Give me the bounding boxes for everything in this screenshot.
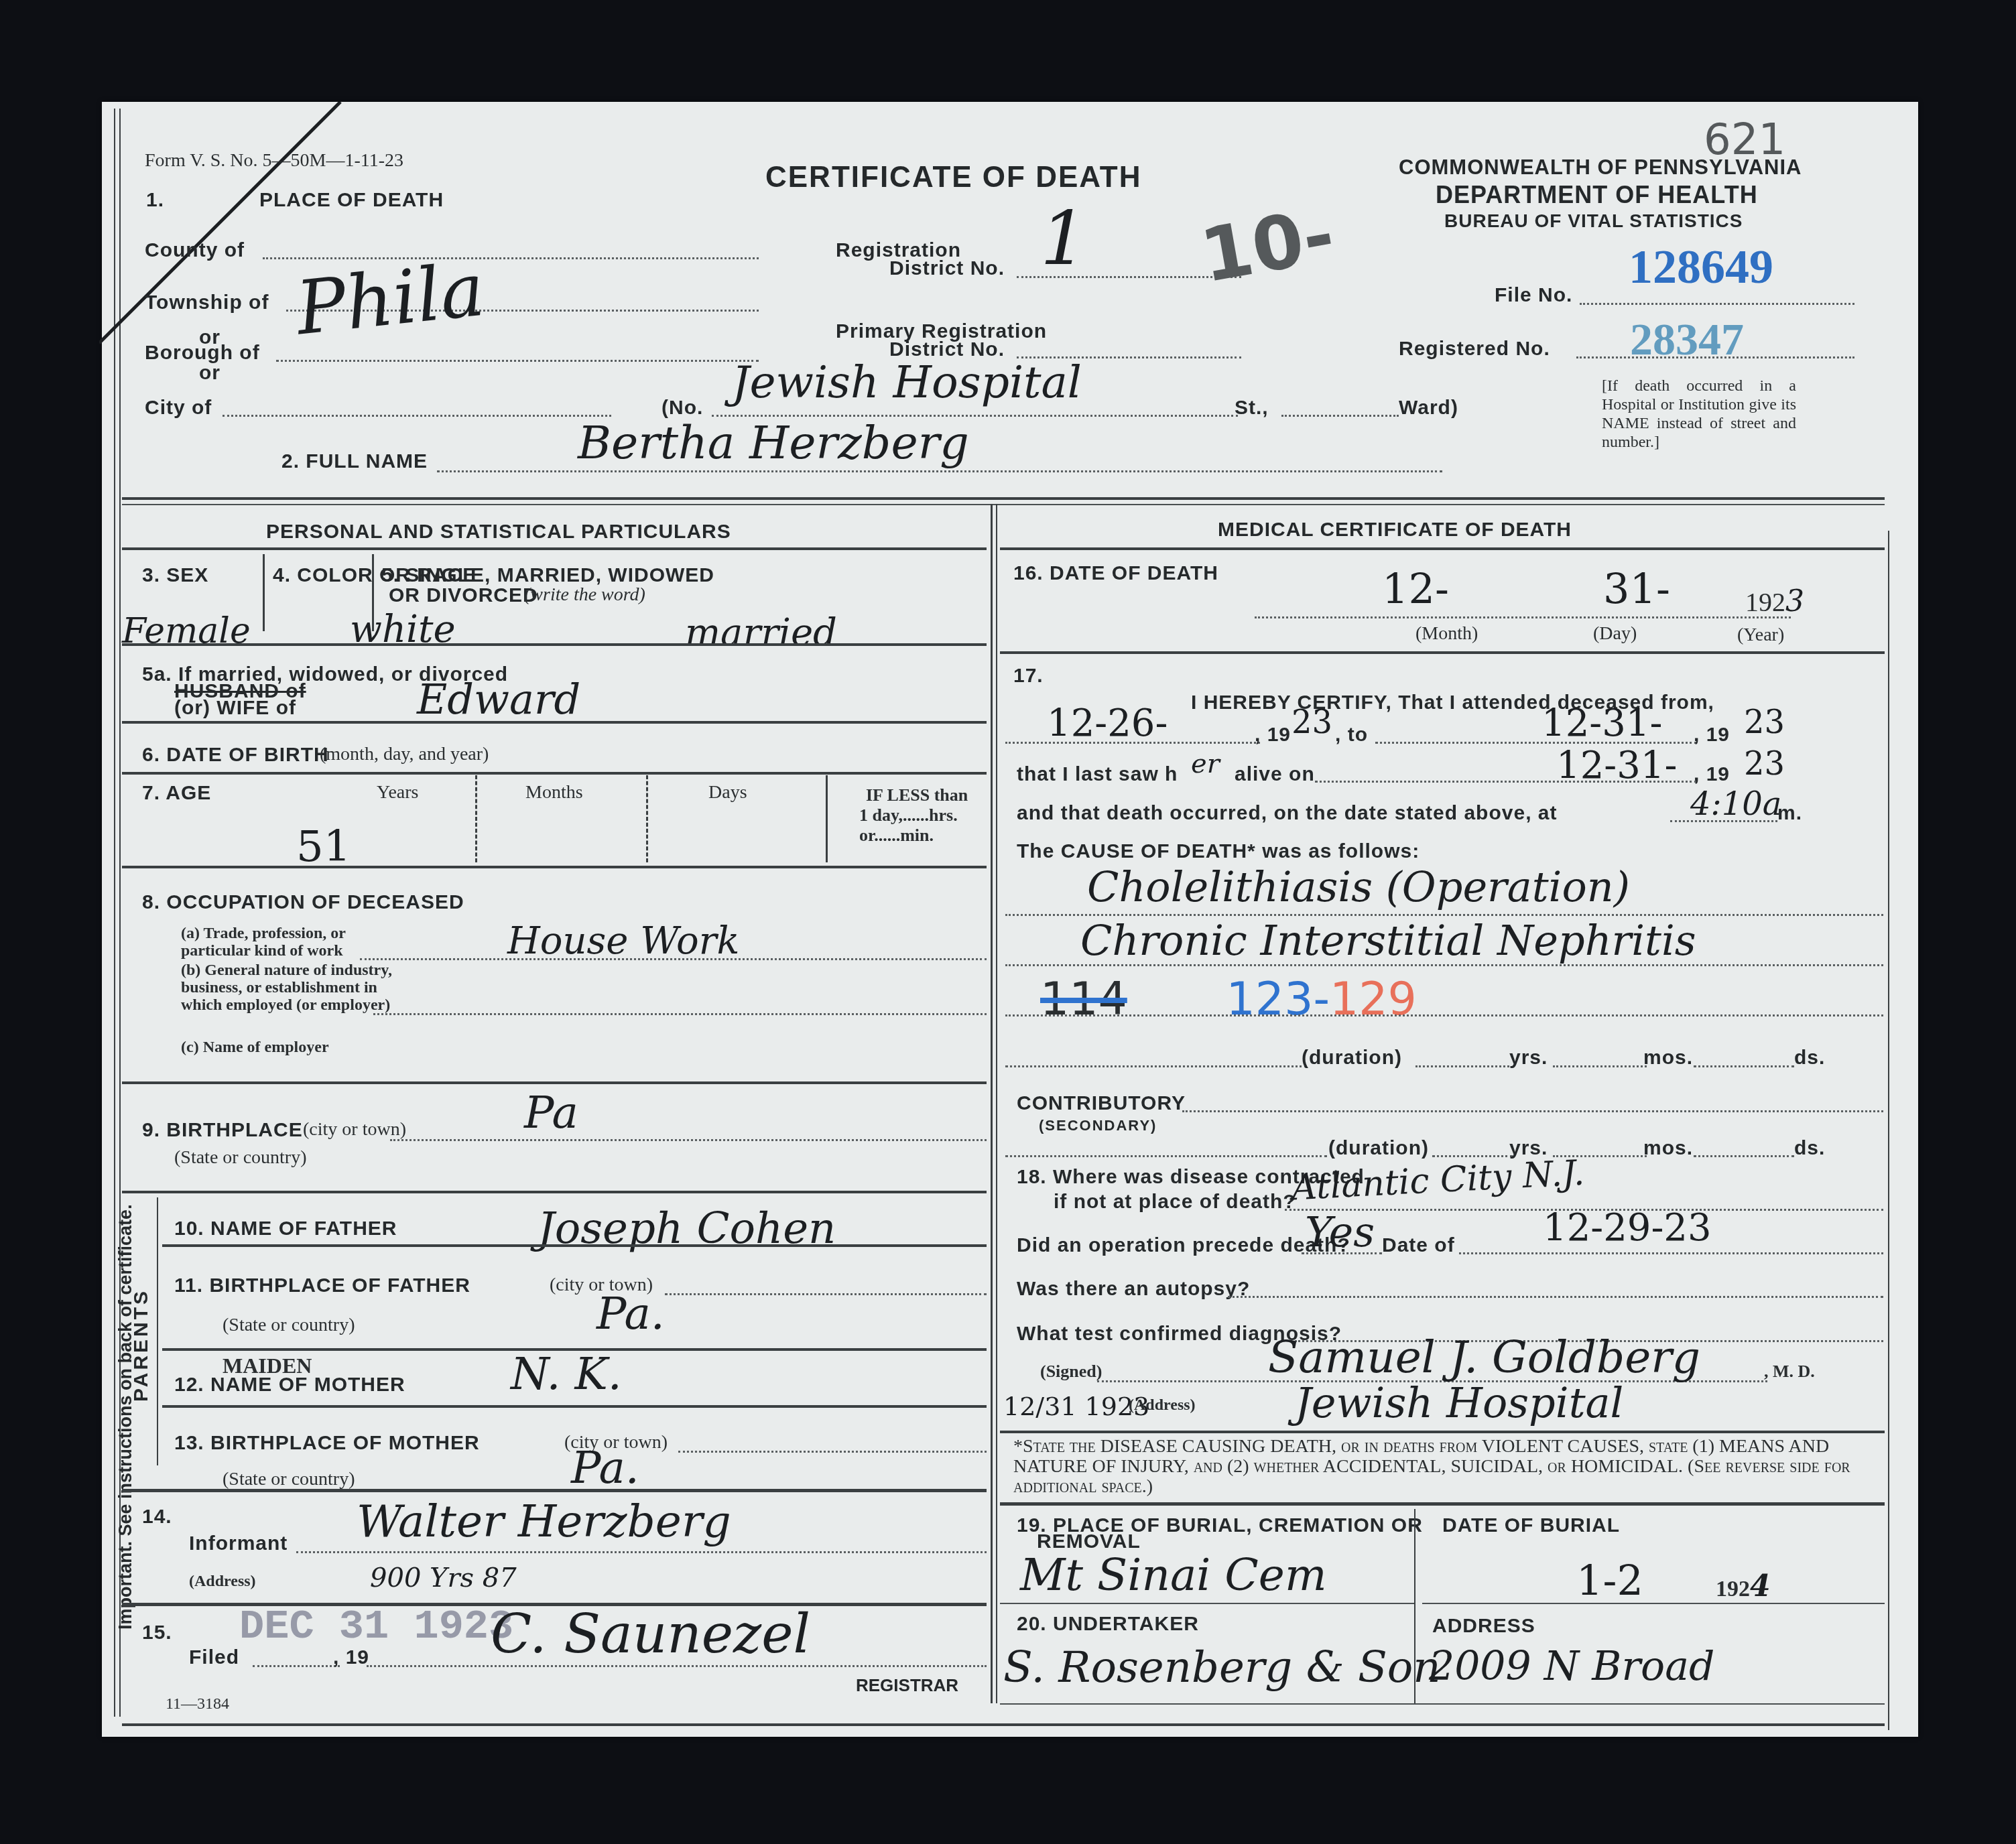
cell-divider	[826, 775, 828, 862]
code-red: 129	[1330, 973, 1417, 1026]
cause-line-2: Chronic Interstitial Nephritis	[1080, 916, 1696, 965]
operation-value: Yes	[1305, 1207, 1375, 1256]
informant-address-label: (Address)	[189, 1573, 256, 1591]
informant-field[interactable]	[296, 1551, 987, 1553]
duration-label: (duration)	[1328, 1137, 1429, 1160]
occupation-a-label-line: particular kind of work	[181, 942, 343, 960]
mother-birthplace-label: 13. BIRTHPLACE OF MOTHER	[174, 1432, 480, 1455]
cause-line-3-field[interactable]	[1005, 1014, 1883, 1016]
burial-place-value: Mt Sinai Cem	[1020, 1549, 1327, 1601]
filed-date-stamp: DEC 31 1923	[239, 1603, 513, 1650]
row-divider	[162, 1244, 987, 1247]
full-name-field[interactable]	[437, 470, 1442, 472]
undertaker-address-label: ADDRESS	[1432, 1615, 1535, 1638]
mother-birthplace-value: Pa.	[571, 1442, 639, 1494]
section-divider	[122, 504, 1885, 505]
marital-label: 5. SINGLE, MARRIED, WIDOWED	[381, 564, 714, 587]
pencil-annotation-top: 621	[1704, 115, 1785, 165]
item-17: 17.	[1013, 665, 1044, 687]
last-saw-pronoun: er	[1191, 748, 1220, 779]
column-divider	[996, 504, 997, 1703]
registration-district-value: 1	[1040, 196, 1087, 281]
occupation-b-field[interactable]	[373, 1013, 987, 1015]
or-label: or	[199, 362, 220, 385]
duration-years-field[interactable]	[1415, 1065, 1509, 1067]
marital-label: OR DIVORCED	[389, 584, 538, 607]
burial-date-label: DATE OF BURIAL	[1442, 1514, 1620, 1537]
year-suffix: 4	[1750, 1569, 1771, 1603]
city-field[interactable]	[223, 415, 611, 417]
print-code: 11—3184	[166, 1695, 229, 1713]
bottom-border	[122, 1723, 1885, 1726]
filed-number: 15.	[142, 1622, 172, 1644]
occupation-b-label-line: (b) General nature of industry,	[181, 962, 392, 979]
dob-label: 6. DATE OF BIRTH	[142, 744, 329, 767]
undertaker-value: S. Rosenberg & Son	[1003, 1643, 1441, 1693]
occupation-b-label: (b) General nature of industry,business,…	[181, 962, 392, 1014]
page-title: CERTIFICATE OF DEATH	[765, 161, 1141, 194]
signed-label: (Signed)	[1040, 1362, 1102, 1382]
age-years-value: 51	[296, 822, 351, 872]
registrar-label: REGISTRAR	[856, 1675, 958, 1696]
place-of-death-heading: PLACE OF DEATH	[259, 189, 444, 212]
last-saw-label: that I last saw h	[1017, 763, 1178, 786]
mother-name-value: N. K.	[511, 1348, 622, 1400]
filed-date-field[interactable]	[253, 1665, 340, 1667]
right-border-line	[1888, 531, 1889, 1730]
occupation-a-label: (a) Trade, profession, orparticular kind…	[181, 925, 346, 960]
birthplace-state-label: (State or country)	[174, 1147, 307, 1169]
classification-codes: 114 123-129	[1040, 973, 1417, 1026]
signed-date: 12/31 1923	[1003, 1392, 1149, 1421]
county-label: County of	[145, 239, 245, 262]
contributory-days-field[interactable]	[1694, 1155, 1794, 1157]
months-label: mos.	[1643, 1047, 1693, 1069]
operation-label: Did an operation precede death?	[1017, 1234, 1350, 1257]
sex-label: 3. SEX	[142, 564, 208, 587]
attended-to-19: , 19	[1694, 724, 1730, 746]
occupation-a-value: House Work	[507, 919, 739, 963]
year-suffix: 3	[1785, 584, 1804, 618]
spouse-value: Edward	[417, 675, 580, 724]
age-days-label: Days	[708, 782, 747, 803]
informant-address-value: 900 Yrs 87	[370, 1563, 517, 1593]
attended-from-year: 23	[1291, 704, 1332, 741]
cause-footnote: *State the DISEASE CAUSING DEATH, or in …	[1013, 1437, 1878, 1497]
death-time-label: and that death occurred, on the date sta…	[1017, 802, 1557, 825]
file-no-label: File No.	[1495, 284, 1572, 307]
full-name-label: 2. FULL NAME	[281, 450, 428, 473]
code-blue: 123-	[1226, 973, 1330, 1026]
ward-field[interactable]	[1281, 415, 1399, 417]
county-field[interactable]	[263, 257, 759, 259]
row-divider	[1000, 651, 1885, 654]
date-of-death-day: 31-	[1603, 564, 1670, 613]
item-number-1: 1.	[146, 189, 164, 212]
duration-label: (duration)	[1302, 1047, 1402, 1069]
street-value: Jewish Hospital	[732, 356, 1082, 408]
medical-heading: MEDICAL CERTIFICATE OF DEATH	[1218, 519, 1572, 541]
filed-label: Filed	[189, 1646, 239, 1669]
township-label: Township of	[145, 291, 269, 314]
physician-signature: Samuel J. Goldberg	[1268, 1331, 1700, 1383]
row-divider	[1000, 1703, 1885, 1705]
duration-months-field[interactable]	[1553, 1065, 1647, 1067]
contracted-value: Atlantic City N.J.	[1291, 1153, 1586, 1209]
birthplace-note: (city or town)	[303, 1119, 406, 1140]
row-divider	[1000, 1502, 1885, 1506]
to-label: , to	[1335, 724, 1368, 746]
occupation-b-label-line: business, or establishment in	[181, 979, 377, 996]
row-divider	[122, 772, 987, 775]
registrar-signature: C. Saunezel	[491, 1603, 810, 1665]
borough-field[interactable]	[276, 360, 759, 362]
occupation-label: 8. OCCUPATION OF DECEASED	[142, 891, 464, 914]
form-number: Form V. S. No. 5—50M—1-11-23	[145, 150, 403, 172]
occupation-c-label: (c) Name of employer	[181, 1039, 329, 1057]
date-of-death-month: 12-	[1382, 564, 1449, 613]
file-no-field	[1580, 303, 1854, 305]
registration-district-label: District No.	[889, 257, 1005, 280]
row-divider	[122, 721, 987, 724]
date-of-death-field[interactable]	[1255, 616, 1791, 618]
death-time-suffix: m.	[1777, 802, 1802, 825]
father-birthplace-field[interactable]	[665, 1293, 987, 1295]
mother-birthplace-field[interactable]	[678, 1451, 987, 1453]
contracted-label: if not at place of death?	[1054, 1191, 1296, 1213]
informant-label: Informant	[189, 1532, 288, 1555]
burial-year: 1924	[1716, 1569, 1771, 1603]
attended-to-value: 12-31-	[1541, 702, 1662, 745]
birthplace-value: Pa	[524, 1087, 578, 1138]
years-label: yrs.	[1509, 1047, 1548, 1069]
operation-date-label: Date of	[1382, 1234, 1455, 1257]
last-saw-year: 23	[1744, 745, 1785, 783]
occupation-a-label-line: (a) Trade, profession, or	[181, 925, 346, 942]
alive-on-label: alive on	[1235, 763, 1315, 786]
file-no-value: 128649	[1629, 239, 1773, 295]
mother-name-label: 12. NAME OF MOTHER	[174, 1374, 405, 1396]
cause-of-death-label: The CAUSE OF DEATH* was as follows:	[1017, 840, 1420, 863]
street-label: St.,	[1235, 397, 1269, 419]
undertaker-address-value: 2009 N Broad	[1429, 1643, 1714, 1690]
registered-no-value: 28347	[1630, 313, 1744, 366]
issuer-line2: DEPARTMENT OF HEALTH	[1436, 181, 1758, 209]
ward-label: Ward)	[1399, 397, 1458, 419]
md-label: , M. D.	[1764, 1362, 1815, 1382]
row-divider	[122, 643, 987, 646]
secondary-label: (SECONDARY)	[1039, 1117, 1157, 1134]
age-hours-field[interactable]: 1 day,......hrs.	[859, 805, 958, 826]
cell-divider	[646, 775, 648, 862]
row-divider	[122, 547, 987, 550]
column-divider	[991, 504, 993, 1703]
marital-value: married	[685, 611, 837, 655]
last-saw-19: , 19	[1694, 763, 1730, 786]
age-months-label: Months	[525, 782, 583, 803]
occupation-b-label-line: which employed (or employer)	[181, 996, 390, 1014]
informant-number: 14.	[142, 1506, 172, 1528]
age-label: 7. AGE	[142, 782, 211, 805]
year-prefix: 192	[1716, 1577, 1750, 1601]
day-caption: (Day)	[1593, 623, 1637, 645]
row-divider	[122, 1489, 987, 1492]
duration-field[interactable]	[1005, 1065, 1307, 1067]
row-divider	[1000, 547, 1885, 550]
street-number-label: (No.	[661, 397, 703, 419]
row-divider	[122, 1191, 987, 1193]
birthplace-field[interactable]	[390, 1139, 987, 1141]
age-years-label: Years	[377, 782, 419, 803]
operation-date-field[interactable]	[1459, 1252, 1883, 1254]
year-prefix: 192	[1745, 587, 1785, 617]
contributory-duration-field[interactable]	[1005, 1155, 1327, 1157]
father-name-label: 10. NAME OF FATHER	[174, 1217, 397, 1240]
last-saw-date: 12-31-	[1556, 744, 1677, 787]
birthplace-label: 9. BIRTHPLACE	[142, 1119, 303, 1142]
year-caption: (Year)	[1737, 624, 1784, 646]
registrar-signature-field[interactable]	[367, 1665, 987, 1667]
side-instruction: Important. See instructions on back of c…	[115, 1204, 136, 1630]
date-of-death-label: 16. DATE OF DEATH	[1013, 562, 1218, 585]
autopsy-field[interactable]	[1228, 1296, 1883, 1298]
borough-label: Borough of	[145, 342, 260, 365]
registered-no-label: Registered No.	[1399, 338, 1550, 360]
cause-line-2-field[interactable]	[1005, 964, 1883, 966]
parents-label: PARENTS	[130, 1289, 153, 1402]
month-caption: (Month)	[1415, 623, 1478, 645]
operation-date-value: 12-29-23	[1543, 1206, 1712, 1250]
attended-from-19: , 19	[1255, 724, 1291, 746]
contributory-label: CONTRIBUTORY	[1017, 1092, 1186, 1115]
cell-divider	[372, 554, 374, 631]
row-divider	[122, 866, 987, 868]
attended-to-year: 23	[1744, 704, 1785, 741]
date-of-death-year: 1923	[1745, 584, 1804, 618]
physician-address-value: Jewish Hospital	[1295, 1378, 1623, 1427]
row-divider	[122, 1081, 987, 1084]
age-minutes-field[interactable]: or......min.	[859, 826, 934, 846]
autopsy-label: Was there an autopsy?	[1017, 1278, 1250, 1301]
cell-divider	[475, 775, 477, 862]
days-label: ds.	[1794, 1047, 1825, 1069]
parents-block-border	[157, 1197, 158, 1465]
dob-note: (month, day, and year)	[320, 744, 489, 765]
row-divider	[1422, 1603, 1885, 1604]
row-divider	[162, 1405, 987, 1408]
personal-heading: PERSONAL AND STATISTICAL PARTICULARS	[266, 521, 731, 543]
issuer-line3: BUREAU OF VITAL STATISTICS	[1444, 210, 1743, 232]
city-label: City of	[145, 397, 212, 419]
burial-date-value: 1-2	[1576, 1556, 1643, 1605]
days-label: ds.	[1794, 1137, 1825, 1160]
pencil-annotation-mid: 10-	[1194, 192, 1340, 300]
death-time-value: 4:10a	[1690, 785, 1781, 823]
cause-line-1: Cholelithiasis (Operation)	[1087, 862, 1630, 911]
mother-state-label: (State or country)	[223, 1469, 355, 1490]
informant-value: Walter Herzberg	[357, 1496, 731, 1547]
father-birthplace-label: 11. BIRTHPLACE OF FATHER	[174, 1274, 470, 1297]
death-certificate-paper: Important. See instructions on back of c…	[102, 102, 1918, 1737]
undertaker-label: 20. UNDERTAKER	[1017, 1613, 1199, 1636]
age-less-than-label: IF LESS than	[866, 785, 968, 805]
section-divider	[122, 497, 1885, 500]
row-divider	[1000, 1431, 1885, 1433]
cell-divider	[263, 554, 265, 631]
hospital-note: [If death occurred in a Hospital or Inst…	[1602, 377, 1796, 452]
physician-address-label: (Address)	[1129, 1396, 1196, 1414]
marital-note: (write the word)	[524, 584, 645, 606]
row-divider	[1000, 1603, 1415, 1604]
father-birthplace-value: Pa.	[596, 1288, 665, 1339]
wife-label: (or) WIFE of	[174, 697, 296, 720]
duration-days-field[interactable]	[1694, 1065, 1794, 1067]
months-label: mos.	[1643, 1137, 1693, 1160]
contributory-field[interactable]	[1182, 1110, 1883, 1112]
full-name-value: Bertha Herzberg	[578, 417, 969, 470]
code-struck: 114	[1040, 973, 1127, 1026]
attended-from-value: 12-26-	[1047, 702, 1168, 745]
father-state-label: (State or country)	[223, 1315, 355, 1336]
